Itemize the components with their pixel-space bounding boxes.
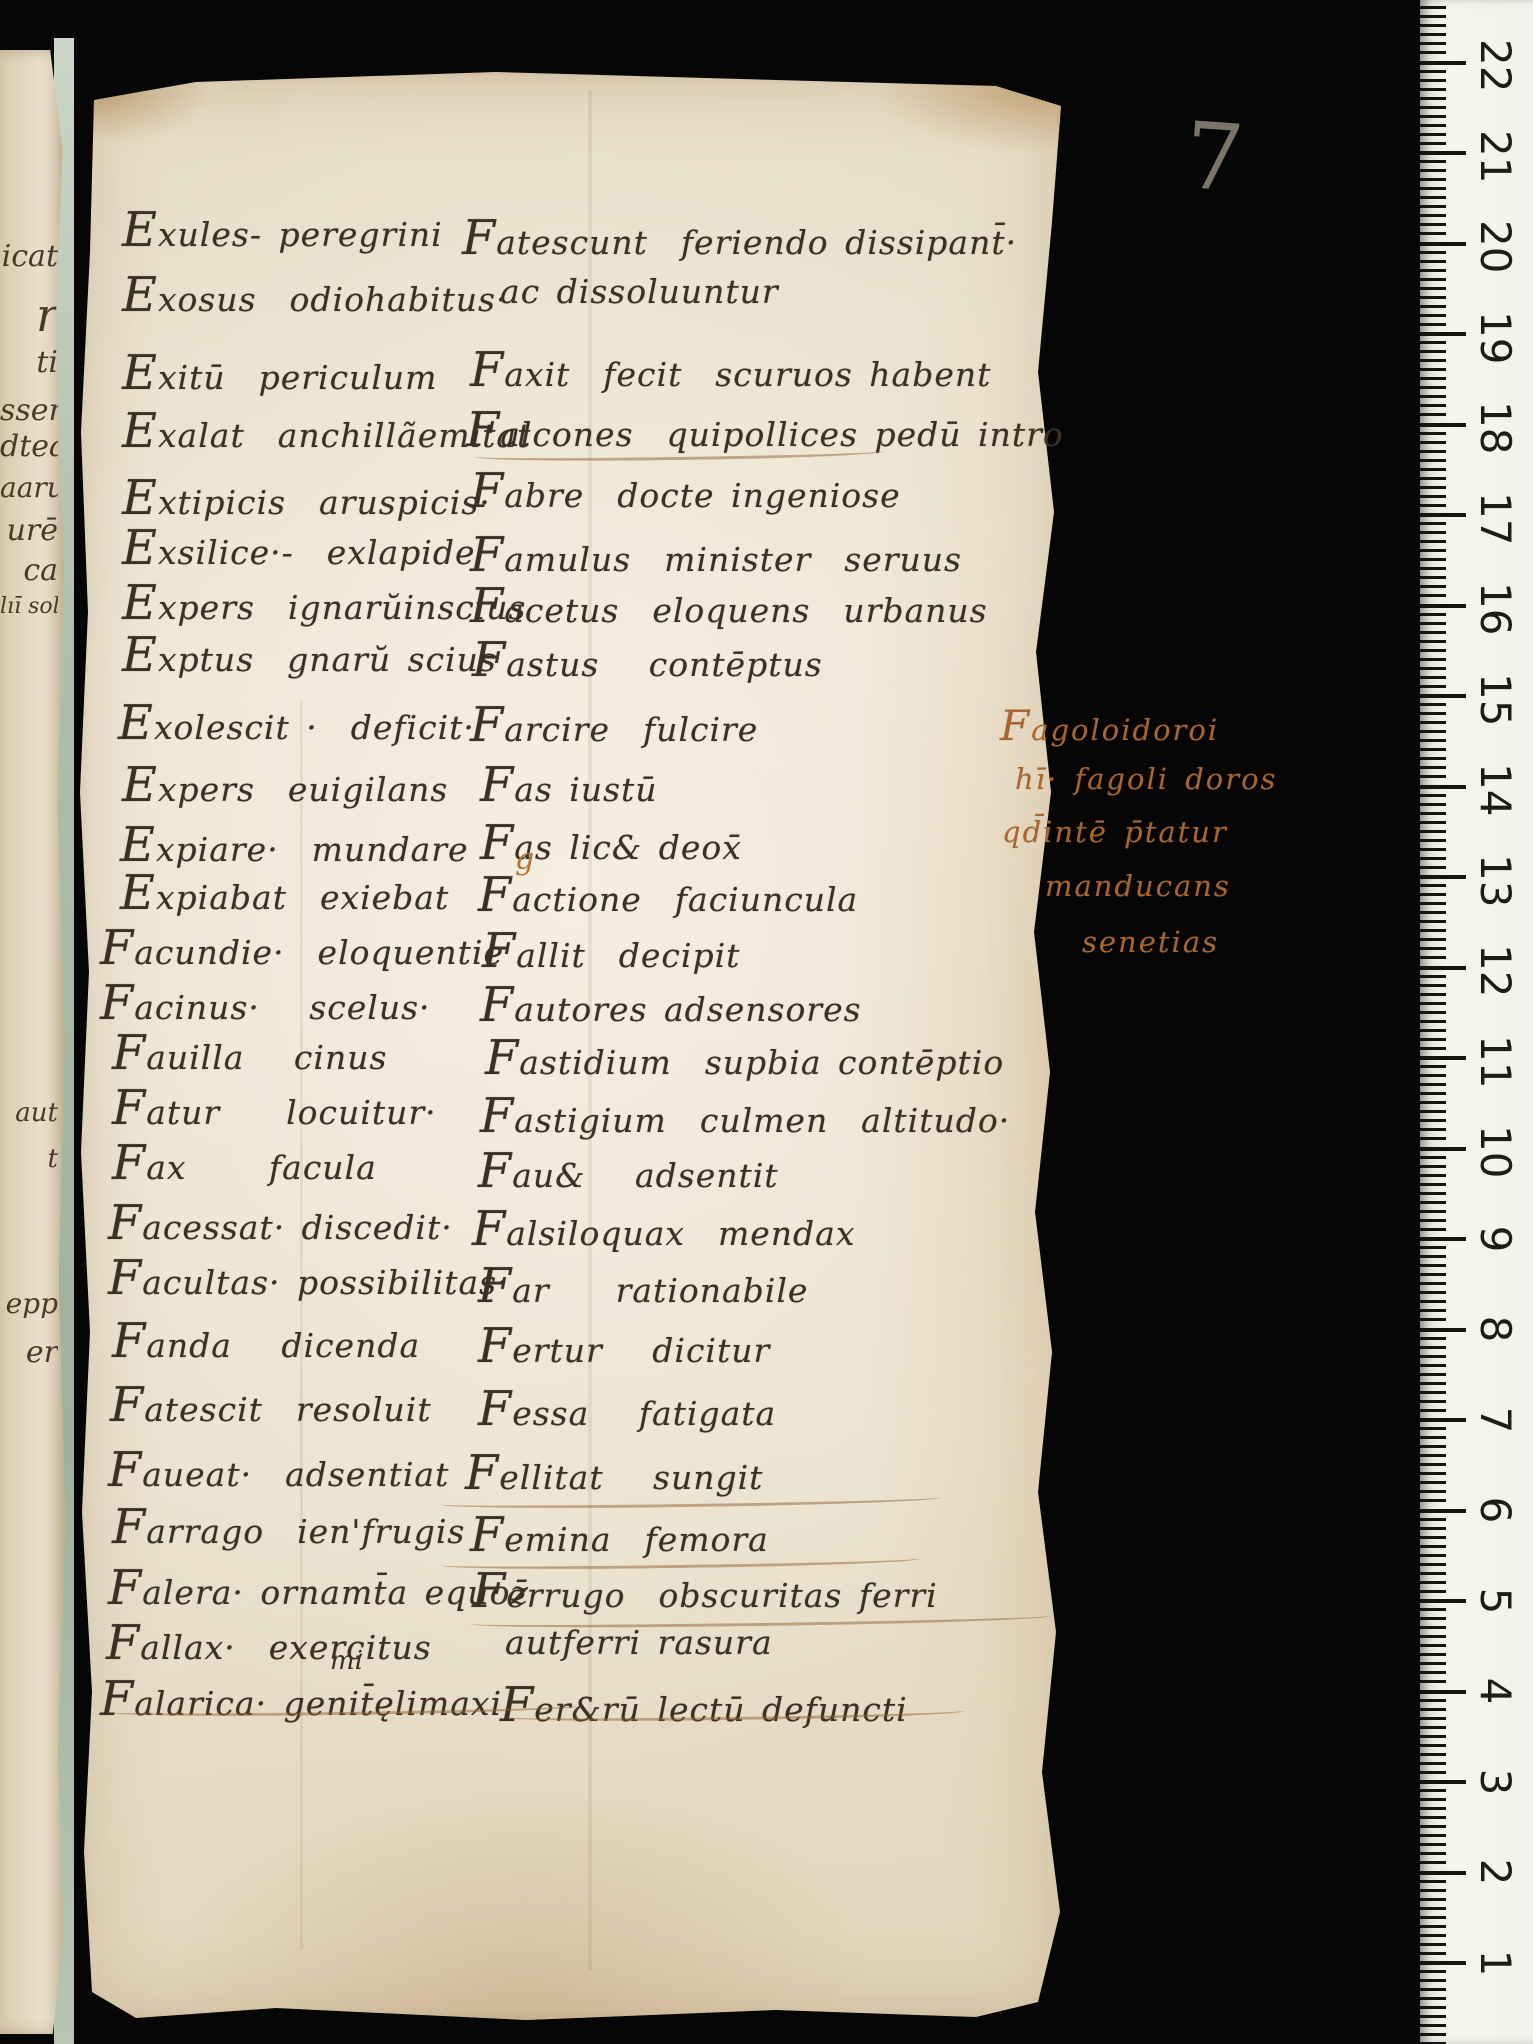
glossary-line-left: Exsilice·- exlapide — [122, 525, 475, 573]
ruler-mm-tick — [1420, 911, 1446, 914]
ruler-cm-tick — [1420, 1780, 1466, 1784]
glossary-line-right: Farcire fulcire — [470, 702, 758, 750]
ruler-cm-label: 5 — [1472, 1578, 1518, 1624]
glossary-line-left: Falera· ornamt̄a equoz̄ — [108, 1565, 529, 1613]
ruler-mm-tick — [1420, 1092, 1446, 1095]
ruler-mm-tick — [1420, 703, 1446, 706]
glossary-line-right: Fellitat sungit — [465, 1450, 763, 1498]
ruler-mm-tick — [1420, 1246, 1446, 1249]
ruler-cm-label: 1 — [1472, 1940, 1518, 1986]
ruler-mm-tick — [1420, 812, 1446, 815]
ruler-mm-tick — [1420, 287, 1446, 290]
ruler-mm-tick — [1420, 42, 1446, 45]
ruler-cm-label: 8 — [1472, 1306, 1518, 1352]
ruler-cm-tick — [1420, 332, 1466, 336]
ruler-mm-tick — [1420, 585, 1446, 588]
glossary-line-left: Facultas· possibilitas· — [108, 1255, 509, 1303]
ruler-mm-tick — [1420, 558, 1446, 561]
ruler-mm-tick — [1420, 314, 1446, 317]
ruler-mm-tick — [1420, 1608, 1446, 1611]
ruler-cm-label: 17 — [1472, 492, 1518, 538]
ruler-mm-tick — [1420, 1427, 1446, 1430]
ruler-mm-tick — [1420, 830, 1446, 833]
ruler-mm-tick — [1420, 24, 1446, 27]
ruler-mm-tick — [1420, 51, 1446, 54]
ruler-mm-tick — [1420, 350, 1446, 353]
ruler-mm-tick — [1420, 794, 1446, 797]
glossary-line-right: Fatescunt feriendo dissipant̄· — [462, 215, 1017, 263]
ruler-mm-tick — [1420, 1934, 1446, 1937]
ruler-mm-tick — [1420, 1662, 1446, 1665]
ruler-mm-tick — [1420, 395, 1446, 398]
ruler-mm-tick — [1420, 1581, 1446, 1584]
ruler-mm-tick — [1420, 1219, 1446, 1222]
ruler-mm-tick — [1420, 1119, 1446, 1122]
ruler-mm-tick — [1420, 404, 1446, 407]
ruler-mm-tick — [1420, 1653, 1446, 1656]
ruler-mm-tick — [1420, 359, 1446, 362]
glossary-line-left: Fallax· exercitus — [106, 1620, 432, 1668]
glossary-line-left: Expers ignarŭinscius — [122, 580, 527, 628]
ruler-cm-tick — [1420, 1418, 1466, 1422]
glossary-line-left: Faueat· adsentiat — [108, 1447, 449, 1495]
ruler-mm-tick — [1420, 956, 1446, 959]
ruler-mm-tick — [1420, 757, 1446, 760]
ruler-mm-tick — [1420, 676, 1446, 679]
glossary-text-layer: Exules- peregriniExosus odiohabitus·Exit… — [0, 0, 1533, 2044]
glossary-line-right: Fautores adsensores — [480, 982, 862, 1030]
ruler-mm-tick — [1420, 631, 1446, 634]
glossary-line-left: Exptus gnarŭ scius — [122, 632, 497, 680]
ruler-mm-tick — [1420, 133, 1446, 136]
ruler-mm-tick — [1420, 1943, 1446, 1946]
ruler-cm-tick — [1420, 1237, 1466, 1241]
ruler-mm-tick — [1420, 1391, 1446, 1394]
ruler-mm-tick — [1420, 1617, 1446, 1620]
ruler-mm-tick — [1420, 441, 1446, 444]
ruler-mm-tick — [1420, 450, 1446, 453]
ruler-mm-tick — [1420, 640, 1446, 643]
ruler-cm-tick — [1420, 1056, 1466, 1060]
ruler-cm-tick — [1420, 1147, 1466, 1151]
ruler-mm-tick — [1420, 278, 1446, 281]
red-gloss-line: manducans — [1045, 872, 1231, 901]
ruler-mm-tick — [1420, 1834, 1446, 1837]
glossary-line-left: Facundie· eloquentie — [100, 925, 504, 973]
ruler-mm-tick — [1420, 685, 1446, 688]
ruler-mm-tick — [1420, 884, 1446, 887]
ruler-mm-tick — [1420, 1861, 1446, 1864]
glossary-line-left: Exosus odiohabitus· — [122, 272, 507, 320]
ruler-mm-tick — [1420, 1916, 1446, 1919]
ruler-cm-label: 11 — [1472, 1035, 1518, 1081]
ruler-mm-tick — [1420, 386, 1446, 389]
ruler-cm-tick — [1420, 1509, 1466, 1513]
ruler-mm-tick — [1420, 251, 1446, 254]
ruler-mm-tick — [1420, 2015, 1446, 2018]
ruler-mm-tick — [1420, 1798, 1446, 1801]
ruler-mm-tick — [1420, 567, 1446, 570]
ruler-cm-label: 13 — [1472, 854, 1518, 900]
ruler-mm-tick — [1420, 1490, 1446, 1493]
glossary-line-left: Extipicis aruspicis· — [122, 475, 491, 523]
ruler-cm-tick — [1420, 604, 1466, 608]
ruler-mm-tick — [1420, 748, 1446, 751]
glossary-line-right: Fastigium culmen altitudo· — [480, 1093, 1010, 1141]
ruler-mm-tick — [1420, 70, 1446, 73]
glossary-line-left: Farrago ien'frugis — [112, 1504, 465, 1552]
ruler-cm-tick — [1420, 694, 1466, 698]
ruler-mm-tick — [1420, 178, 1446, 181]
glossary-line-right: Fas iustū — [480, 762, 658, 810]
ruler-mm-tick — [1420, 857, 1446, 860]
ruler-mm-tick — [1420, 1626, 1446, 1629]
ruler-mm-tick — [1420, 1282, 1446, 1285]
ruler-mm-tick — [1420, 1038, 1446, 1041]
ruler-mm-tick — [1420, 1789, 1446, 1792]
ruler-cm-tick — [1420, 423, 1466, 427]
ruler-mm-tick — [1420, 866, 1446, 869]
ruler-mm-tick — [1420, 938, 1446, 941]
ruler-mm-tick — [1420, 848, 1446, 851]
ruler-mm-tick — [1420, 15, 1446, 18]
ruler-mm-tick — [1420, 1708, 1446, 1711]
ruler-mm-tick — [1420, 712, 1446, 715]
ruler-mm-tick — [1420, 622, 1446, 625]
ruler-mm-tick — [1420, 1545, 1446, 1548]
glossary-line-right: Fastus contēptus — [472, 637, 823, 685]
ruler-mm-tick — [1420, 115, 1446, 118]
glossary-line-right: Factione faciuncula — [478, 872, 858, 920]
ruler-mm-tick — [1420, 1228, 1446, 1231]
ruler-mm-tick — [1420, 1300, 1446, 1303]
ruler-mm-tick — [1420, 594, 1446, 597]
ruler-mm-tick — [1420, 576, 1446, 579]
ruler-mm-tick — [1420, 929, 1446, 932]
ruler-mm-tick — [1420, 975, 1446, 978]
glossary-line-left: Exolescit · deficit· — [118, 700, 475, 748]
ruler-mm-tick — [1420, 196, 1446, 199]
ruler-mm-tick — [1420, 79, 1446, 82]
ruler-mm-tick — [1420, 106, 1446, 109]
ruler-mm-tick — [1420, 1472, 1446, 1475]
ruler-cm-label: 6 — [1472, 1487, 1518, 1533]
ruler-mm-tick — [1420, 1291, 1446, 1294]
ruler-mm-tick — [1420, 1907, 1446, 1910]
ruler-mm-tick — [1420, 1970, 1446, 1973]
ruler-mm-tick — [1420, 1011, 1446, 1014]
ruler-mm-tick — [1420, 1735, 1446, 1738]
ruler-mm-tick — [1420, 549, 1446, 552]
ruler-mm-tick — [1420, 1273, 1446, 1276]
ruler-mm-tick — [1420, 341, 1446, 344]
ruler-mm-tick — [1420, 1083, 1446, 1086]
glossary-line-left: Facessat· discedit· — [108, 1200, 453, 1248]
ruler-mm-tick — [1420, 902, 1446, 905]
ruler-mm-tick — [1420, 1880, 1446, 1883]
ruler-mm-tick — [1420, 377, 1446, 380]
ruler-mm-tick — [1420, 1029, 1446, 1032]
ruler-mm-tick — [1420, 1699, 1446, 1702]
ruler-mm-tick — [1420, 260, 1446, 263]
red-gloss-line: senetias — [1082, 928, 1219, 957]
red-gloss-line: qd̄intē p̄tatur — [1002, 818, 1228, 847]
ruler-mm-tick — [1420, 468, 1446, 471]
ruler-mm-tick — [1420, 1065, 1446, 1068]
ruler-mm-tick — [1420, 1889, 1446, 1892]
ruler-mm-tick — [1420, 1463, 1446, 1466]
glossary-line-right: Fastidium supbia contēptio — [485, 1035, 1004, 1083]
ruler-mm-tick — [1420, 1192, 1446, 1195]
ruler-mm-tick — [1420, 821, 1446, 824]
ruler-mm-tick — [1420, 504, 1446, 507]
ruler-mm-tick — [1420, 1680, 1446, 1683]
ruler-mm-tick — [1420, 721, 1446, 724]
ruler-mm-tick — [1420, 1255, 1446, 1258]
ruler-mm-tick — [1420, 1110, 1446, 1113]
ruler-mm-tick — [1420, 1762, 1446, 1765]
ruler-mm-tick — [1420, 1753, 1446, 1756]
ruler-cm-tick — [1420, 513, 1466, 517]
ruler-mm-tick — [1420, 1346, 1446, 1349]
ruler-mm-tick — [1420, 1355, 1446, 1358]
ruler-mm-tick — [1420, 1481, 1446, 1484]
ruler-mm-tick — [1420, 1726, 1446, 1729]
glossary-line-right: Fabre docte ingeniose — [470, 468, 901, 516]
ruler-mm-tick — [1420, 893, 1446, 896]
interlinear-mark: mi — [330, 1648, 363, 1674]
ruler-mm-tick — [1420, 1128, 1446, 1131]
ruler-mm-tick — [1420, 169, 1446, 172]
ruler-mm-tick — [1420, 1445, 1446, 1448]
ruler-mm-tick — [1420, 1979, 1446, 1982]
ruler-mm-tick — [1420, 33, 1446, 36]
ruler-mm-tick — [1420, 1590, 1446, 1593]
ruler-mm-tick — [1420, 1635, 1446, 1638]
ruler-mm-tick — [1420, 477, 1446, 480]
ruler-mm-tick — [1420, 232, 1446, 235]
ruler-mm-tick — [1420, 1997, 1446, 2000]
ruler-mm-tick — [1420, 1536, 1446, 1539]
ruler-mm-tick — [1420, 6, 1446, 9]
ruler-mm-tick — [1420, 1201, 1446, 1204]
ruler-mm-tick — [1420, 1165, 1446, 1168]
ruler-mm-tick — [1420, 1382, 1446, 1385]
ruler-cm-label: 18 — [1472, 401, 1518, 447]
ruler-mm-tick — [1420, 1337, 1446, 1340]
ruler-cm-tick — [1420, 1690, 1466, 1694]
ruler-mm-tick — [1420, 160, 1446, 163]
glossary-line-left: Exitū periculum — [122, 350, 437, 398]
ruler-mm-tick — [1420, 739, 1446, 742]
glossary-line-right: Fertur dicitur — [478, 1323, 770, 1371]
ruler-mm-tick — [1420, 1436, 1446, 1439]
ruler-mm-tick — [1420, 486, 1446, 489]
ruler-mm-tick — [1420, 540, 1446, 543]
ruler-mm-tick — [1420, 142, 1446, 145]
glossary-line-left: Falarica· genit̄ęlimaxi — [100, 1676, 502, 1724]
ruler-cm-tick — [1420, 1328, 1466, 1332]
ruler-cm-tick — [1420, 1961, 1466, 1965]
ruler-mm-tick — [1420, 1825, 1446, 1828]
ruler-cm-label: 20 — [1472, 220, 1518, 266]
ruler-mm-tick — [1420, 1898, 1446, 1901]
glossary-line-right: autferri rasura — [505, 1626, 773, 1659]
ruler-mm-tick — [1420, 1952, 1446, 1955]
ruler-mm-tick — [1420, 368, 1446, 371]
ruler-mm-tick — [1420, 205, 1446, 208]
ruler-mm-tick — [1420, 1925, 1446, 1928]
ruler-cm-label: 12 — [1472, 944, 1518, 990]
ruler-mm-tick — [1420, 269, 1446, 272]
glossary-line-right: Famulus minister seruus — [470, 532, 962, 580]
ruler-mm-tick — [1420, 803, 1446, 806]
ruler-cm-label: 3 — [1472, 1759, 1518, 1805]
ruler-mm-tick — [1420, 1174, 1446, 1177]
ruler-mm-tick — [1420, 1572, 1446, 1575]
ruler-cm-label: 14 — [1472, 763, 1518, 809]
glossary-line-left: Fax facula — [112, 1140, 377, 1188]
glossary-line-left: Fatescit resoluit — [110, 1382, 432, 1430]
glossary-line-left: Expiabat exiebat — [120, 870, 449, 918]
glossary-line-right: Falsiloquax mendax — [472, 1206, 855, 1254]
ruler-cm-label: 4 — [1472, 1668, 1518, 1714]
ruler-mm-tick — [1420, 459, 1446, 462]
glossary-line-right: Fau& adsentit — [478, 1148, 779, 1196]
ruler-mm-tick — [1420, 839, 1446, 842]
ruler-cm-label: 16 — [1472, 582, 1518, 628]
ruler-cm-tick — [1420, 61, 1466, 65]
ruler-mm-tick — [1420, 1318, 1446, 1321]
ruler-cm-label: 19 — [1472, 311, 1518, 357]
ruler-cm-tick — [1420, 875, 1466, 879]
measurement-ruler: 22212019181716151413121110987654321 — [1420, 0, 1533, 2044]
ruler-mm-tick — [1420, 1409, 1446, 1412]
ruler-mm-tick — [1420, 1499, 1446, 1502]
glossary-line-left: Expiare· mundare — [120, 822, 469, 870]
ruler-cm-label: 7 — [1472, 1397, 1518, 1443]
glossary-line-left: Fanda dicenda — [112, 1318, 420, 1366]
ruler-cm-tick — [1420, 242, 1466, 246]
folio-number: 7 — [1182, 110, 1247, 206]
ruler-mm-tick — [1420, 2006, 1446, 2009]
ruler-mm-tick — [1420, 1852, 1446, 1855]
ruler-mm-tick — [1420, 531, 1446, 534]
ruler-mm-tick — [1420, 1264, 1446, 1267]
ruler-mm-tick — [1420, 413, 1446, 416]
manuscript-photo: icatrtissemdteaaarumurēcalıī sollicitaau… — [0, 0, 1533, 2044]
glossary-line-right: Faxit fecit scuruos habent — [470, 347, 991, 395]
ruler-mm-tick — [1420, 920, 1446, 923]
ruler-mm-tick — [1420, 1210, 1446, 1213]
ruler-mm-tick — [1420, 730, 1446, 733]
ruler-mm-tick — [1420, 522, 1446, 525]
ruler-cm-label: 9 — [1472, 1216, 1518, 1262]
ruler-mm-tick — [1420, 1554, 1446, 1557]
ruler-mm-tick — [1420, 1137, 1446, 1140]
ruler-mm-tick — [1420, 187, 1446, 190]
ruler-mm-tick — [1420, 1454, 1446, 1457]
ruler-mm-tick — [1420, 1047, 1446, 1050]
ruler-cm-label: 10 — [1472, 1125, 1518, 1171]
ruler-mm-tick — [1420, 1771, 1446, 1774]
ruler-cm-tick — [1420, 1871, 1466, 1875]
ruler-mm-tick — [1420, 495, 1446, 498]
ruler-mm-tick — [1420, 766, 1446, 769]
ruler-mm-tick — [1420, 305, 1446, 308]
ruler-cm-tick — [1420, 1599, 1466, 1603]
glossary-line-right: Fessa fatigata — [478, 1386, 776, 1434]
ruler-cm-tick — [1420, 151, 1466, 155]
glossary-line-left: Facinus· scelus· — [100, 980, 431, 1028]
ruler-mm-tick — [1420, 667, 1446, 670]
ruler-cm-label: 22 — [1472, 39, 1518, 85]
ruler-mm-tick — [1420, 1717, 1446, 1720]
red-gloss-line: Fagoloidoroi — [1000, 705, 1219, 747]
ruler-mm-tick — [1420, 1988, 1446, 1991]
ruler-mm-tick — [1420, 1156, 1446, 1159]
ruler-mm-tick — [1420, 993, 1446, 996]
red-gloss-line: hī· fagoli doros — [1015, 765, 1277, 794]
ruler-cm-tick — [1420, 785, 1466, 789]
ruler-mm-tick — [1420, 1527, 1446, 1530]
ruler-mm-tick — [1420, 1183, 1446, 1186]
ruler-mm-tick — [1420, 1364, 1446, 1367]
ruler-mm-tick — [1420, 775, 1446, 778]
ruler-mm-tick — [1420, 1309, 1446, 1312]
ruler-mm-tick — [1420, 1671, 1446, 1674]
ruler-cm-label: 21 — [1472, 130, 1518, 176]
glossary-line-right: Femina femora — [470, 1512, 769, 1560]
ruler-mm-tick — [1420, 947, 1446, 950]
ruler-mm-tick — [1420, 1744, 1446, 1747]
ruler-mm-tick — [1420, 223, 1446, 226]
ruler-mm-tick — [1420, 88, 1446, 91]
ruler-mm-tick — [1420, 124, 1446, 127]
ruler-mm-tick — [1420, 1807, 1446, 1810]
ruler-mm-tick — [1420, 1373, 1446, 1376]
ruler-mm-tick — [1420, 1002, 1446, 1005]
ruler-mm-tick — [1420, 2033, 1446, 2036]
ruler-cm-label: 2 — [1472, 1849, 1518, 1895]
ruler-mm-tick — [1420, 432, 1446, 435]
ruler-mm-tick — [1420, 1644, 1446, 1647]
glossary-line-left: Exules- peregrini — [122, 207, 443, 255]
glossary-line-right: Facetus eloquens urbanus — [470, 583, 988, 631]
ruler-cm-label: 15 — [1472, 673, 1518, 719]
ruler-mm-tick — [1420, 649, 1446, 652]
glossary-line-right: Far rationabile — [478, 1263, 808, 1311]
ruler-mm-tick — [1420, 97, 1446, 100]
ruler-mm-tick — [1420, 1816, 1446, 1819]
ruler-mm-tick — [1420, 658, 1446, 661]
ruler-mm-tick — [1420, 984, 1446, 987]
interlinear-mark: g — [515, 845, 534, 875]
glossary-line-right: Ferrugo obscuritas ferri — [472, 1568, 938, 1616]
glossary-line-right: Fallit decipit — [482, 928, 740, 976]
glossary-line-left: Fauilla cinus — [112, 1030, 387, 1078]
ruler-mm-tick — [1420, 1518, 1446, 1521]
ruler-mm-tick — [1420, 1563, 1446, 1566]
ruler-cm-tick — [1420, 966, 1466, 970]
ruler-mm-tick — [1420, 296, 1446, 299]
glossary-line-left: Fatur locuitur· — [112, 1085, 437, 1133]
ruler-mm-tick — [1420, 1843, 1446, 1846]
ruler-mm-tick — [1420, 2024, 1446, 2027]
ruler-mm-tick — [1420, 1400, 1446, 1403]
ruler-mm-tick — [1420, 1020, 1446, 1023]
ruler-mm-tick — [1420, 613, 1446, 616]
